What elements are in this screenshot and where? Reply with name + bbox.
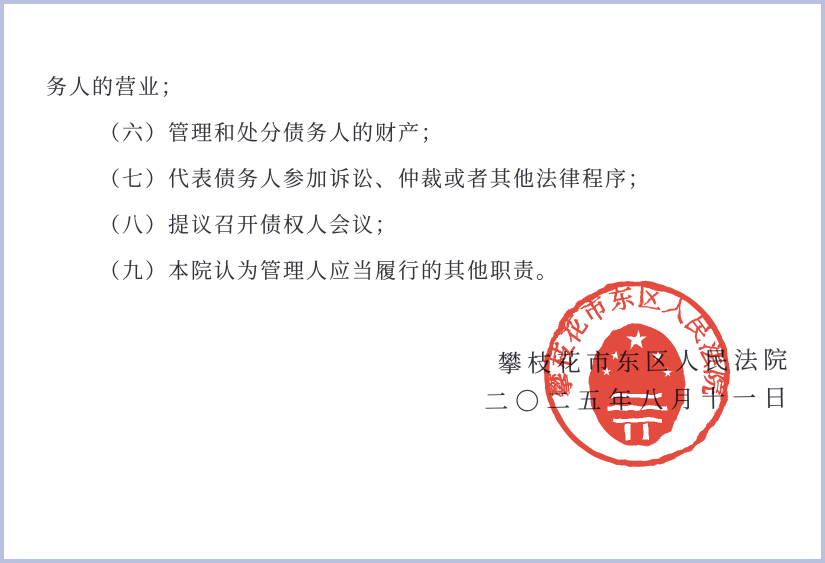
body-line-continuation: 务人的营业； [46,76,651,98]
body-line-item-6: （六）管理和处分债务人的财产； [46,122,651,144]
body-line-item-9: （九）本院认为管理人应当履行的其他职责。 [46,260,651,282]
body-line-item-8: （八）提议召开债权人会议； [46,214,651,236]
court-name: 攀枝花市东区人民法院 [498,346,814,380]
signature-block: 攀枝花市东区人民法院 二〇二五年八月十一日 [484,346,815,419]
document-body: 务人的营业； （六）管理和处分债务人的财产； （七）代表债务人参加诉讼、仲裁或者… [46,76,651,306]
scanned-court-document-page: 务人的营业； （六）管理和处分债务人的财产； （七）代表债务人参加诉讼、仲裁或者… [0,0,825,563]
body-line-item-7: （七）代表债务人参加诉讼、仲裁或者其他法律程序； [46,168,651,190]
signature-date: 二〇二五年八月十一日 [484,384,814,419]
